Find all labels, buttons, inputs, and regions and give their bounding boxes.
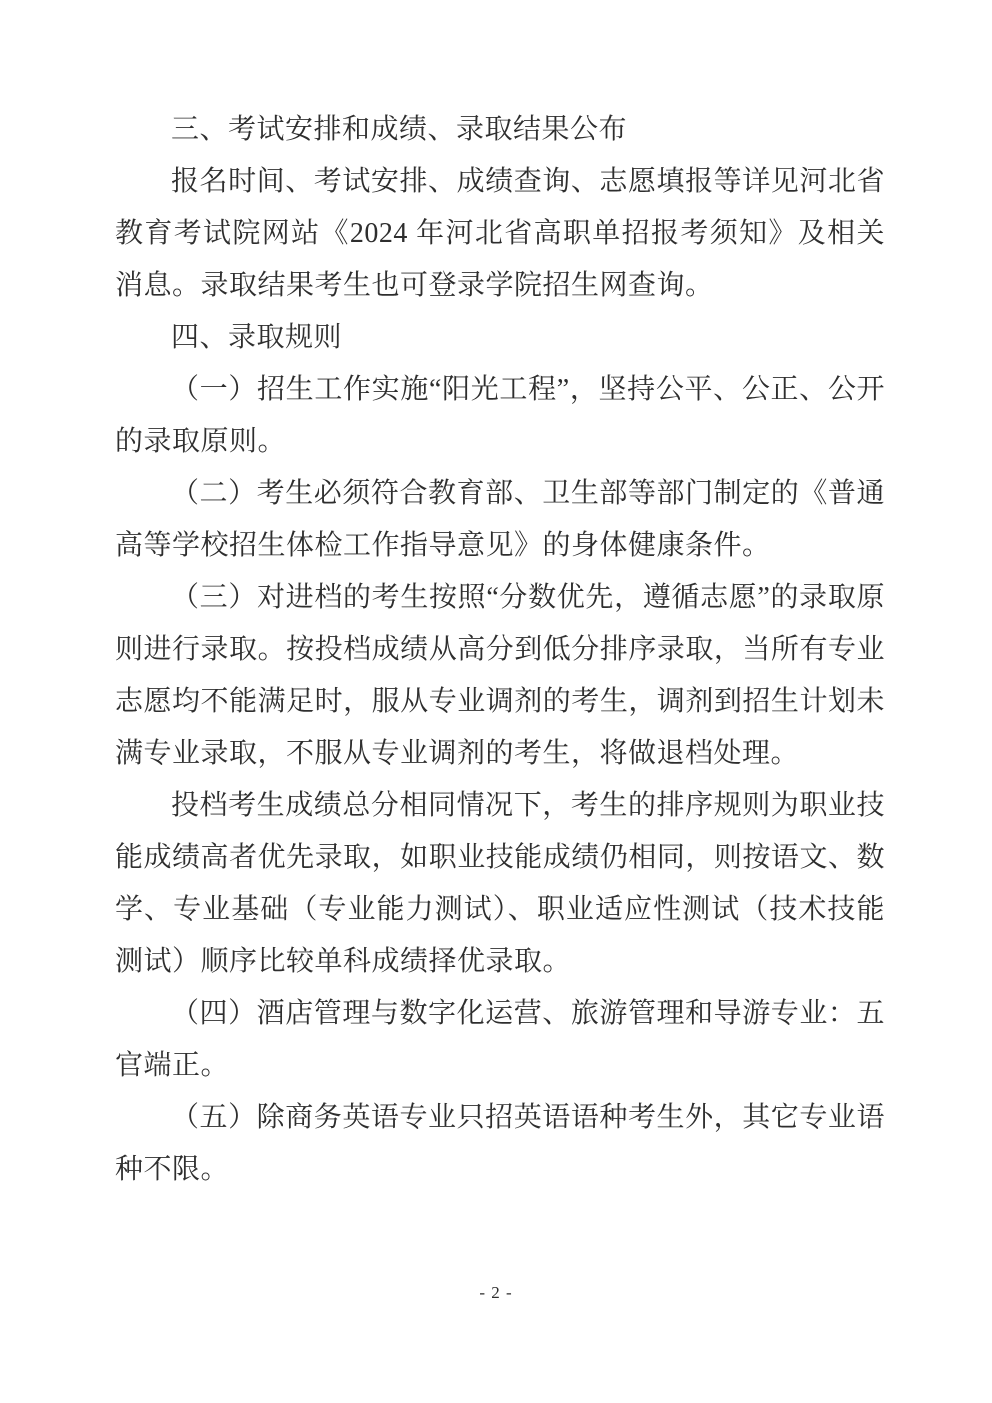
para-rule-1-sunshine-project: （一）招生工作实施“阳光工程”，坚持公平、公正、公开的录取原则。 — [115, 364, 885, 468]
section-heading-exam-arrangement: 三、考试安排和成绩、录取结果公布 — [115, 104, 885, 156]
para-rule-5-language-requirement: （五）除商务英语专业只招英语语种考生外，其它专业语种不限。 — [115, 1092, 885, 1196]
para-rule-4-appearance-requirement: （四）酒店管理与数字化运营、旅游管理和导游专业：五官端正。 — [115, 988, 885, 1092]
para-tiebreak-order: 投档考生成绩总分相同情况下，考生的排序规则为职业技能成绩高者优先录取，如职业技能… — [115, 780, 885, 988]
section-heading-admission-rules: 四、录取规则 — [115, 312, 885, 364]
document-page: 三、考试安排和成绩、录取结果公布 报名时间、考试安排、成绩查询、志愿填报等详见河… — [0, 0, 992, 1403]
para-rule-2-health-requirements: （二）考生必须符合教育部、卫生部等部门制定的《普通高等学校招生体检工作指导意见》… — [115, 468, 885, 572]
para-rule-3-score-priority: （三）对进档的考生按照“分数优先，遵循志愿”的录取原则进行录取。按投档成绩从高分… — [115, 572, 885, 780]
page-number: - 2 - — [0, 1283, 992, 1303]
para-registration-and-results-info: 报名时间、考试安排、成绩查询、志愿填报等详见河北省教育考试院网站《2024 年河… — [115, 156, 885, 312]
document-body: 三、考试安排和成绩、录取结果公布 报名时间、考试安排、成绩查询、志愿填报等详见河… — [115, 104, 885, 1196]
